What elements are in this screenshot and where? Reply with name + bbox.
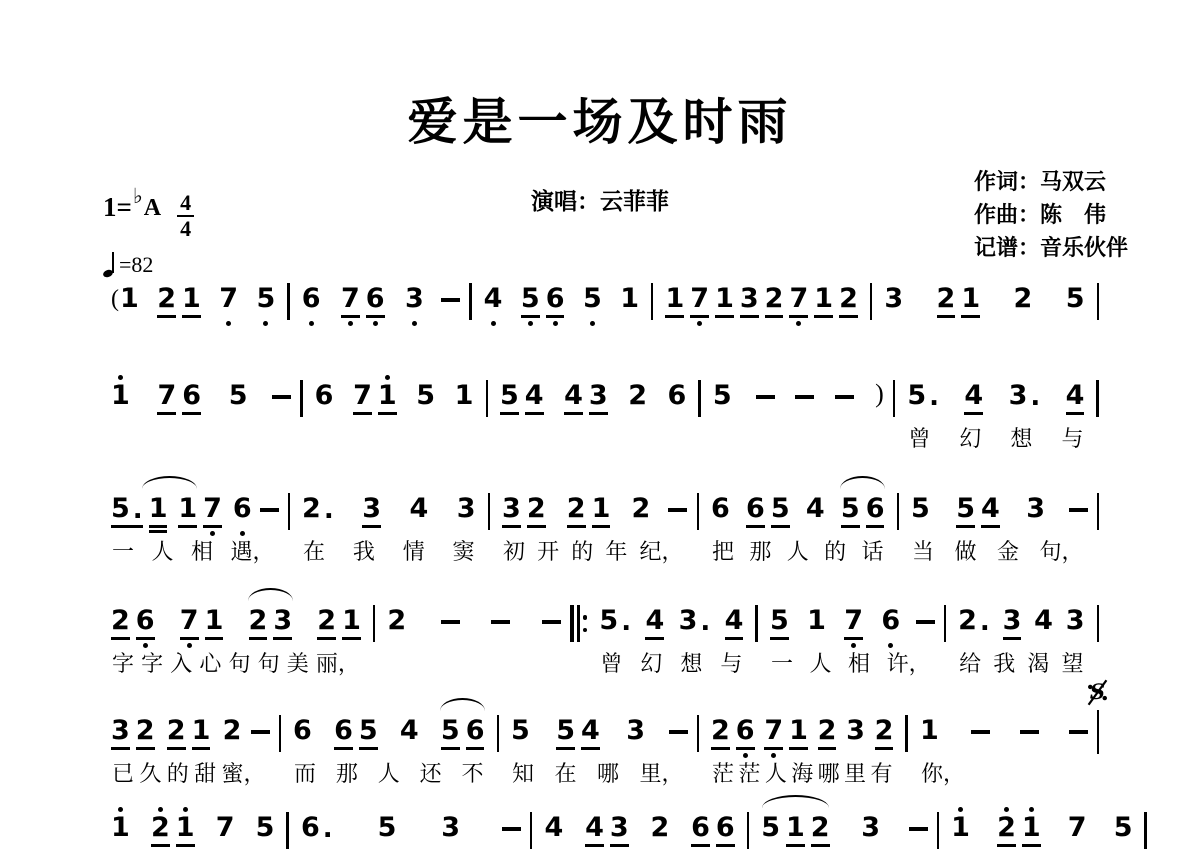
- measure-notes: 5176: [767, 600, 935, 648]
- octave-dot-slot: [1009, 643, 1014, 648]
- note-digit: 6: [711, 496, 730, 522]
- note-cell: 6: [363, 278, 388, 326]
- note-cell: 1: [783, 807, 808, 850]
- note-digit-line: 3: [610, 815, 629, 841]
- beam: [937, 315, 956, 318]
- note-digit: 5: [911, 496, 930, 522]
- note-digit-line: 1: [920, 718, 939, 744]
- dash-note: [916, 620, 935, 624]
- octave-dot-slot: [1033, 531, 1038, 536]
- note-cell: 2: [148, 807, 173, 850]
- beam: [981, 525, 1000, 528]
- beam-slot: [457, 525, 476, 528]
- note-digit: 6: [736, 718, 755, 744]
- note-token: 5: [710, 375, 735, 423]
- note-token: 2: [629, 488, 654, 536]
- note-digit: 2: [875, 718, 894, 744]
- barline-thin: [577, 605, 580, 642]
- lyric-syllable: 茫: [712, 761, 734, 787]
- beam: [866, 525, 885, 528]
- beam: [317, 637, 336, 640]
- note-token: 54: [497, 375, 547, 423]
- octave-dot-slot: [509, 531, 514, 536]
- note-digit: 5: [1066, 286, 1085, 312]
- beam: [740, 315, 759, 318]
- note-digit-line: 2.: [958, 608, 990, 634]
- octave-dot-slot: [394, 643, 399, 648]
- note-digit: 1: [192, 718, 211, 744]
- octave-dot-slot: [571, 418, 576, 423]
- beam: [691, 844, 710, 847]
- note-digit-line: 7: [353, 383, 372, 409]
- lyric-syllable: 蜜，: [222, 761, 266, 787]
- lyric-syllable: 的: [571, 539, 593, 565]
- note-token: 6: [290, 710, 315, 758]
- note-token: 5: [375, 807, 400, 850]
- note-cell: 2: [108, 600, 133, 648]
- note-digit-line: 1: [665, 286, 684, 312]
- note-digit: 4: [544, 815, 563, 841]
- beam: [180, 637, 199, 640]
- note-digit-line: 3.: [1009, 383, 1041, 409]
- octave-dot-slot: [118, 753, 123, 758]
- note-digit-line: 1: [789, 718, 808, 744]
- barline: S: [1097, 710, 1100, 754]
- note-token: 56: [838, 488, 888, 536]
- octave-dot-slot: [322, 418, 327, 423]
- barline-rule: [698, 380, 701, 417]
- barline-thick: [570, 605, 575, 642]
- octave-dot-slot: [1073, 643, 1078, 648]
- note-cell: 1: [1019, 807, 1044, 850]
- note-digit: 6: [315, 383, 334, 409]
- octave-dot-slot: [722, 321, 727, 326]
- note-cell: 2: [872, 710, 897, 758]
- note-cell: 1: [173, 807, 198, 850]
- barline-rule: [1096, 380, 1099, 417]
- note-digit: 4: [725, 608, 744, 634]
- octave-dot-slot: [963, 531, 968, 536]
- note-cell: 2: [154, 278, 179, 326]
- note-digit: 6: [302, 286, 321, 312]
- note-cell: 1: [662, 278, 687, 326]
- barline-rule: [1097, 493, 1100, 530]
- measure-notes: 5.43.4: [596, 600, 746, 648]
- octave-dot-slot: [1022, 418, 1027, 423]
- note-digit-line: 6: [736, 718, 755, 744]
- note-cell: 5: [356, 710, 381, 758]
- note-digit-line: 1: [205, 608, 224, 634]
- lyric-syllable: 情: [403, 539, 425, 565]
- beam: [839, 315, 858, 318]
- note-cell: 3: [607, 807, 632, 850]
- note-digit-line: 1: [111, 815, 130, 841]
- note-cell: 4: [481, 278, 506, 326]
- measure-lyrics: 曾幻想与: [596, 651, 746, 677]
- beam-slot: [416, 412, 435, 415]
- octave-dot-slot: [891, 321, 896, 326]
- note-cell: 3: [1000, 600, 1025, 648]
- note-digit: 3: [405, 286, 424, 312]
- measure: 443266: [533, 807, 745, 850]
- beam-slot: [409, 525, 428, 528]
- note-digit: 5: [907, 383, 926, 409]
- rhythm-dot: .: [324, 498, 334, 522]
- octave-dot-slot: [174, 753, 179, 758]
- octave-dot-slot: [300, 753, 305, 758]
- note-cell: 5: [758, 807, 783, 850]
- note-token: 4: [722, 600, 747, 648]
- note-digit-line: 4: [581, 718, 600, 744]
- lyric-syllable: 话: [861, 539, 883, 565]
- lyric-syllable: 字: [141, 651, 163, 677]
- note-digit-line: 1: [715, 286, 734, 312]
- note-digit: 1: [120, 286, 139, 312]
- note-token: 4: [961, 375, 986, 423]
- note-digit: 7: [341, 286, 360, 312]
- note-token: 3.: [676, 600, 714, 648]
- barline: [286, 807, 289, 849]
- beam-slot: [484, 315, 503, 318]
- note-digit-line: 3: [861, 815, 880, 841]
- measure: 5543知在哪里，: [500, 710, 696, 787]
- beam: [378, 412, 397, 415]
- note-token: 43: [561, 375, 611, 423]
- low-octave-dot: [771, 753, 776, 758]
- beam: [964, 412, 983, 415]
- beam: [273, 637, 292, 640]
- beam: [592, 525, 611, 528]
- note-cell: 1: [146, 488, 171, 536]
- beam: [1022, 844, 1041, 847]
- barline: [697, 710, 700, 752]
- measure-notes: (12175: [108, 278, 278, 326]
- beam: [359, 747, 378, 750]
- beam-slot: [111, 315, 139, 318]
- note-cell: 2: [1011, 278, 1036, 326]
- note-digit-line: 6: [866, 496, 885, 522]
- beam: [366, 315, 385, 318]
- note-cell: 2: [384, 600, 409, 648]
- note-digit: 3: [1026, 496, 1045, 522]
- beam: [585, 844, 604, 847]
- low-octave-dot: [590, 321, 595, 326]
- low-octave-dot: [851, 643, 856, 648]
- note-digit: 5: [111, 496, 130, 522]
- note-cell: 3: [438, 807, 463, 850]
- beam-slot: [111, 844, 130, 847]
- beam-slot: [920, 747, 939, 750]
- rhythm-dot: .: [133, 498, 143, 522]
- note-cell: 4: [961, 375, 986, 423]
- beam: [875, 747, 894, 750]
- note-cell: 6.: [298, 807, 336, 850]
- note-cell: 1: [712, 278, 737, 326]
- note-token: 71: [761, 710, 811, 758]
- note-cell: 5: [253, 807, 278, 850]
- beam-slot: [668, 412, 687, 415]
- octave-dot-slot: [943, 321, 948, 326]
- beam: [362, 525, 381, 528]
- note-digit: 4: [645, 608, 664, 634]
- note-digit-line: 5: [911, 496, 930, 522]
- note-digit-line: (1: [111, 286, 139, 312]
- beam: [182, 412, 201, 415]
- octave-dot-slot: [777, 643, 782, 648]
- lyric-syllable: 久: [139, 761, 161, 787]
- measure: 32125: [873, 278, 1095, 326]
- beam: [157, 315, 176, 318]
- barline: [755, 600, 758, 642]
- beam: [736, 747, 755, 750]
- barline: [870, 278, 873, 320]
- measure-notes: 5123: [758, 807, 927, 850]
- beam-slot: [1114, 844, 1133, 847]
- note-cell: 7: [786, 278, 811, 326]
- note-cell: 5: [1063, 278, 1088, 326]
- note-cell: 2: [708, 710, 733, 758]
- low-octave-dot: [697, 321, 702, 326]
- measure: 5123: [750, 807, 935, 850]
- note-digit: 4: [964, 383, 983, 409]
- lyric-syllable: 的: [824, 539, 846, 565]
- beam-slot: [111, 412, 130, 415]
- note-digit: 3: [1066, 608, 1085, 634]
- note-digit-line: 2: [650, 815, 669, 841]
- octave-dot-slot: [164, 418, 169, 423]
- beam: [765, 315, 784, 318]
- note-digit: 1: [620, 286, 639, 312]
- note-cell: 4: [578, 710, 603, 758]
- measure-lyrics: 给我渴望: [955, 651, 1087, 677]
- note-digit-line: 3: [111, 718, 130, 744]
- note-token: 1: [948, 807, 973, 850]
- beam-slot: [405, 315, 424, 318]
- lyric-syllable: 字: [112, 651, 134, 677]
- beam-slot: [1068, 844, 1087, 847]
- low-octave-dot: [743, 753, 748, 758]
- measure-notes: 6763: [299, 278, 460, 326]
- beam: [589, 412, 608, 415]
- note-digit-line: 2.: [302, 496, 334, 522]
- beam: [770, 637, 789, 640]
- note-token: 6: [708, 488, 733, 536]
- beam: [466, 747, 485, 750]
- measure: 2: [376, 600, 569, 651]
- measure-notes: 1765: [108, 375, 291, 423]
- lyric-syllable: 窦: [453, 539, 475, 565]
- note-digit-line: 2: [811, 815, 830, 841]
- beam: [353, 412, 372, 415]
- note-digit: 1: [149, 496, 168, 522]
- measure-lyrics: 而那人还不: [290, 761, 487, 787]
- note-cell: 1: [958, 278, 983, 326]
- barline: [488, 488, 491, 530]
- low-octave-dot: [210, 531, 215, 536]
- note-digit: 2: [111, 608, 130, 634]
- lyric-syllable: 与: [720, 651, 742, 677]
- note-cell: 5: [508, 710, 533, 758]
- octave-dot-slot: [198, 753, 203, 758]
- beam-slot: [1009, 412, 1041, 415]
- measure-notes: 5.1176: [108, 488, 279, 536]
- note-digit: 2: [937, 286, 956, 312]
- lyric-syllable: 心: [199, 651, 221, 677]
- octave-dot-slot: [324, 643, 329, 648]
- barline-rule: [373, 605, 376, 642]
- dash-note: [795, 395, 814, 399]
- octave-dot-slot: [464, 531, 469, 536]
- lyric-syllable: 人: [810, 651, 832, 677]
- barline: [530, 807, 533, 849]
- note-cell: 3: [623, 710, 648, 758]
- note-token: 5.: [596, 600, 634, 648]
- beam-slot: [650, 844, 669, 847]
- repeat-barline: [570, 600, 588, 642]
- octave-dot-slot: [753, 531, 758, 536]
- note-token: 7: [213, 807, 238, 850]
- barline: [279, 710, 282, 752]
- note-digit-line: 3: [740, 286, 759, 312]
- note-digit-line: 1: [814, 286, 833, 312]
- barline: [747, 807, 750, 849]
- note-token: 6.: [298, 807, 336, 850]
- barline-rule: [747, 812, 750, 849]
- lyric-syllable: 年: [605, 539, 627, 565]
- note-digit: 2: [997, 815, 1016, 841]
- note-token: 1: [917, 710, 942, 758]
- dash-note: [835, 395, 854, 399]
- barline-rule: [286, 812, 289, 849]
- note-digit: 5: [521, 286, 540, 312]
- note-digit-line: 6: [315, 383, 334, 409]
- score-line: (121756763456511713271232125: [100, 278, 1100, 326]
- note-token: 6: [230, 488, 255, 536]
- note-cell: 6: [290, 710, 315, 758]
- note-digit-line: 6: [881, 608, 900, 634]
- beam-slot: [628, 412, 647, 415]
- note-digit-line: 3: [273, 608, 292, 634]
- lyric-syllable: 人: [378, 761, 400, 787]
- barline: [1097, 488, 1100, 530]
- note-digit-line: 2: [628, 383, 647, 409]
- note-digit-line: 3: [846, 718, 865, 744]
- barline-rule: [1097, 710, 1100, 754]
- octave-dot-slot: [1020, 321, 1025, 326]
- note-cell: 3: [402, 278, 427, 326]
- note-digit: 1: [789, 718, 808, 744]
- note-token: 26: [108, 600, 158, 648]
- lyric-syllable: 把: [712, 539, 734, 565]
- note-digit: 5: [556, 718, 575, 744]
- note-digit-line: 7: [690, 286, 709, 312]
- note-cell: 5: [767, 600, 792, 648]
- beam: [567, 525, 586, 528]
- repeat-dot: [583, 628, 588, 633]
- octave-dot-slot: [143, 753, 148, 758]
- lyric-syllable: 纪，: [639, 539, 683, 565]
- note-cell: 3.: [1006, 375, 1044, 423]
- note-cell: 6: [665, 375, 690, 423]
- beam: [157, 412, 176, 415]
- note-token: 27: [762, 278, 812, 326]
- note-cell: 5: [908, 488, 933, 536]
- measure: (12175: [100, 278, 286, 326]
- octave-dot-slot: [366, 753, 371, 758]
- rhythm-dot: .: [1030, 385, 1040, 409]
- beam-slot: [951, 844, 970, 847]
- note-cell: 1: [339, 600, 364, 648]
- lyric-syllable: 我: [993, 651, 1015, 677]
- low-octave-dot: [143, 643, 148, 648]
- beam: [997, 844, 1016, 847]
- octave-dot-slot: [718, 753, 723, 758]
- barline-rule: [486, 380, 489, 417]
- note-digit: 5: [771, 496, 790, 522]
- beam-slot: [626, 747, 645, 750]
- note-cell: 6: [708, 488, 733, 536]
- rhythm-dot: .: [700, 610, 710, 634]
- note-digit-line: 1: [182, 286, 201, 312]
- note-digit: 2: [1014, 286, 1033, 312]
- note-digit: 3: [679, 608, 698, 634]
- barline-rule: [287, 283, 290, 320]
- note-token: 1: [108, 375, 133, 423]
- note-cell: 3: [843, 710, 868, 758]
- note-digit-line: 6: [668, 383, 687, 409]
- note-cell: 1: [948, 807, 973, 850]
- note-token: 76: [338, 278, 388, 326]
- lyric-syllable: 幻: [640, 651, 662, 677]
- octave-dot-slot: [185, 531, 190, 536]
- note-cell: 3: [586, 375, 611, 423]
- note-digit: 7: [203, 496, 222, 522]
- note-token: 5: [1063, 278, 1088, 326]
- lyric-syllable: 金: [997, 539, 1019, 565]
- octave-dot-slot: [732, 643, 737, 648]
- note-cell: 4: [1063, 375, 1088, 423]
- note-cell: 1: [375, 375, 400, 423]
- note-digit-line: 6: [293, 718, 312, 744]
- note-digit: 7: [789, 286, 808, 312]
- note-token: 71: [177, 600, 227, 648]
- note-digit: 5: [441, 718, 460, 744]
- rhythm-dot: .: [980, 610, 990, 634]
- note-digit: 3: [441, 815, 460, 841]
- beam: [525, 412, 544, 415]
- note-digit: 4: [981, 496, 1000, 522]
- lyric-syllable: 知: [512, 761, 534, 787]
- lyric-syllable: 曾: [908, 426, 930, 452]
- measure-notes: 1: [917, 710, 1088, 758]
- beam: [546, 315, 565, 318]
- score-line: 32212已久的甜蜜，665456而那人还不5543知在哪里，2671232茫茫…: [100, 710, 1100, 787]
- note-digit-line: 5: [770, 608, 789, 634]
- dash-note: [272, 395, 291, 399]
- note-token: 2: [815, 710, 840, 758]
- note-digit: 4: [400, 718, 419, 744]
- note-digit-line: 1: [378, 383, 397, 409]
- note-digit-line: 3: [1003, 608, 1022, 634]
- beam-slot: [315, 412, 334, 415]
- note-digit-line: 1: [111, 383, 130, 409]
- octave-dot-slot: [236, 418, 241, 423]
- note-cell: 3: [270, 600, 295, 648]
- note-digit-line: 2: [937, 286, 956, 312]
- note-digit-line: 4: [484, 286, 503, 312]
- octave-dot-slot: [369, 531, 374, 536]
- beam-slot: [711, 525, 730, 528]
